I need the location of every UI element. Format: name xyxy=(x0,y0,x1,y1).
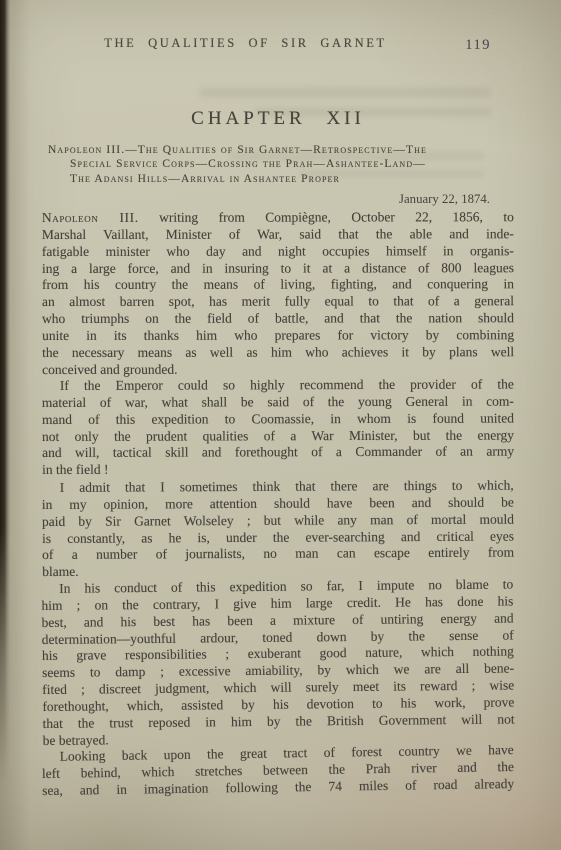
page-number: 119 xyxy=(465,37,491,54)
text-line: unite in its thanks him who prepares for… xyxy=(42,327,514,345)
text-line: paid by Sir Garnet Wolseley ; but while … xyxy=(42,511,514,530)
book-page-scan: THE QUALITIES OF SIR GARNET 119 CHAPTER … xyxy=(0,0,561,850)
summary-line: The Adansi Hills—Arrival in Ashantee Pro… xyxy=(70,172,514,186)
paragraph-3: I admit that I sometimes think that ther… xyxy=(42,477,515,581)
paragraph-lead-line: Napoleon III. writing from Compiègne, Oc… xyxy=(42,209,514,227)
text-line: Marshal Vaillant, Minister of War, said … xyxy=(42,226,514,244)
text-line: the necessary means as well as him who a… xyxy=(42,344,514,362)
body-text: Napoleon III. writing from Compiègne, Oc… xyxy=(42,210,514,800)
chapter-summary: Napoleon III.—The Qualities of Sir Garne… xyxy=(48,143,514,186)
paragraph-5: Looking back upon the great tract of for… xyxy=(42,742,515,800)
paragraph-lines: I admit that I sometimes think that ther… xyxy=(42,477,515,581)
running-head: THE QUALITIES OF SIR GARNET 119 xyxy=(42,36,519,58)
paragraph-lines: Marshal Vaillant, Minister of War, said … xyxy=(42,226,514,378)
text-line: in my opinion, more attention should hav… xyxy=(42,494,514,513)
showthrough-mark xyxy=(200,88,490,97)
paragraph-4: In his conduct of this expedition so far… xyxy=(41,576,515,749)
gutter-dark-strip xyxy=(0,0,10,850)
text-line: material of war, what shall be said of t… xyxy=(42,394,514,412)
text-line: an almost barren spot, has merit fully e… xyxy=(42,293,514,311)
text-line: from his country the means of living, fi… xyxy=(42,277,514,295)
text-line: I admit that I sometimes think that ther… xyxy=(42,477,514,496)
summary-line: Napoleon III.—The Qualities of Sir Garne… xyxy=(48,143,514,157)
text-line: fatigable minister who day and night occ… xyxy=(42,243,514,261)
text-line: in the field ! xyxy=(42,461,514,479)
text-line: is constantly, as he is, under the ever-… xyxy=(42,528,514,547)
text-line: not only the prudent qualities of a War … xyxy=(42,427,514,445)
paragraph-lines: Looking back upon the great tract of for… xyxy=(42,742,515,800)
text-line: and will, tactical skill and forethought… xyxy=(42,444,514,462)
text-line: of a number of journalists, no man can e… xyxy=(42,544,514,563)
paragraph-lead: Napoleon III. xyxy=(42,210,139,225)
text-line: If the Emperor could so highly recommend… xyxy=(42,377,514,395)
paragraph-lines: In his conduct of this expedition so far… xyxy=(41,576,515,749)
paragraph-lines: If the Emperor could so highly recommend… xyxy=(42,377,514,480)
text-line: ing a large force, and in insuring to it… xyxy=(42,260,514,278)
paragraph-2: If the Emperor could so highly recommend… xyxy=(42,377,514,480)
summary-line: Special Service Corps—Crossing the Prah—… xyxy=(70,157,514,171)
paragraph-1: Napoleon III. writing from Compiègne, Oc… xyxy=(42,209,514,378)
text-line: who triumphs on the field of battle, and… xyxy=(42,310,514,328)
date-line: January 22, 1874. xyxy=(42,192,514,207)
paragraph-lead-rest: writing from Compiègne, October 22, 1856… xyxy=(139,209,514,225)
chapter-heading: CHAPTER XII xyxy=(42,108,514,130)
running-head-title: THE QUALITIES OF SIR GARNET xyxy=(42,36,449,51)
text-line: mand of this expedition to Coomassie, in… xyxy=(42,411,514,429)
